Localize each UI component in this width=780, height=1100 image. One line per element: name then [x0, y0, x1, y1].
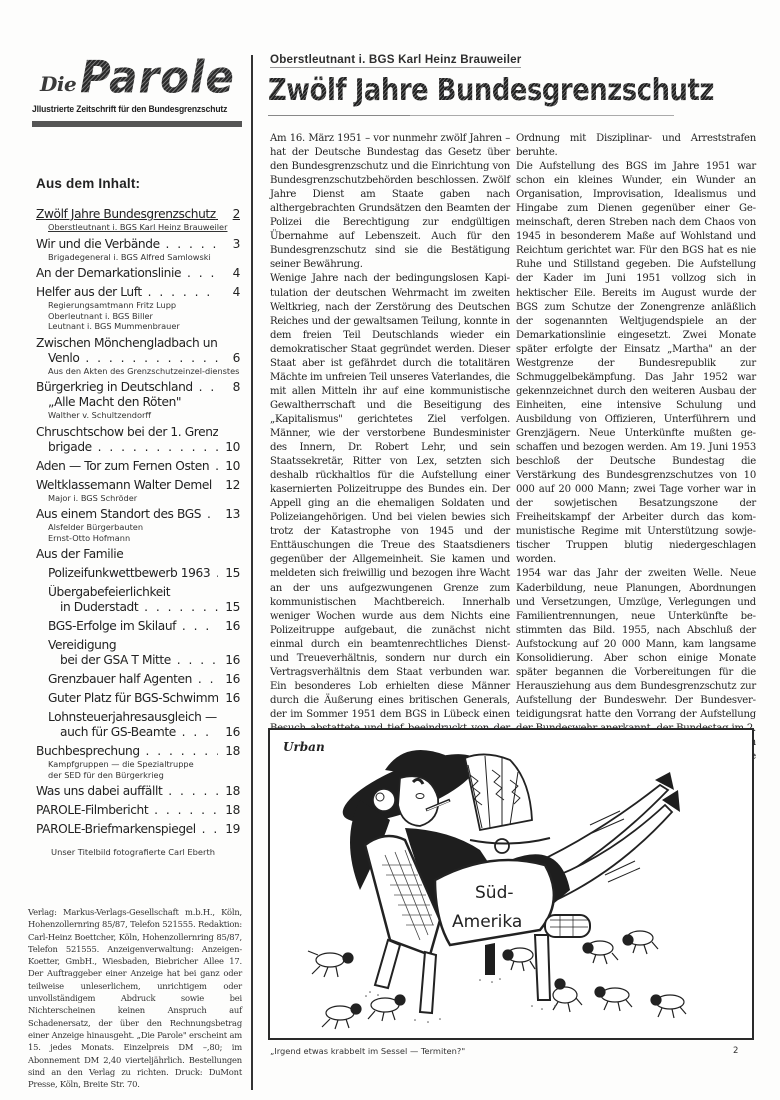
toc-entry-line: Bürgerkrieg in Deutschland8 [36, 380, 240, 395]
toc-entry-title: Aden — Tor zum Fernen Osten [36, 459, 218, 474]
toc-entry-author: Regierungsamtmann Fritz Lupp [48, 300, 240, 311]
toc-entry-author: Oberleutnant i. BGS Biller [48, 311, 240, 322]
toc-entry-line: PAROLE-Briefmarkenspiegel19 [36, 822, 240, 837]
toc-entry[interactable]: Zwischen Mönchengladbach undVenlo6Aus de… [36, 336, 240, 377]
toc-entry[interactable]: BGS-Erfolge im Skilauf16 [48, 619, 240, 634]
toc-entry-author: Kampfgruppen — die Spezialtruppe [48, 759, 240, 770]
toc-entry-line: Aden — Tor zum Fernen Osten10 [36, 459, 240, 474]
toc-entry[interactable]: Zwölf Jahre Bundesgrenzschutz2Oberstleut… [36, 207, 240, 233]
toc-entry-title: PAROLE-Briefmarkenspiegel [36, 822, 218, 837]
chair-sign-line-2: Amerika [452, 912, 522, 932]
toc-entry-page: 3 [218, 237, 240, 252]
toc-entry-line: Guter Platz für BGS-Schwimmer16 [48, 691, 240, 706]
toc-entry-author: Aus den Akten des Grenzschutzeinzel-dien… [48, 366, 240, 377]
toc-entry-title-continued: Venlo [36, 351, 218, 366]
toc-entry-title-continued: auch für GS-Beamte [48, 725, 218, 740]
cartoon-caption: „Irgend etwas krabbelt im Sessel — Termi… [270, 1046, 465, 1056]
toc-entry-title: Guter Platz für BGS-Schwimmer [48, 691, 218, 706]
toc-entry[interactable]: Aus einem Standort des BGS13Alsfelder Bü… [36, 507, 240, 543]
toc-entry-title: Vereidigung [48, 638, 218, 653]
toc-entry-author: Oberstleutnant i. BGS Karl Heinz Brauwei… [48, 222, 240, 233]
toc-entry-title-continued: „Alle Macht den Röten" [36, 395, 218, 410]
toc-entry-title: Aus einem Standort des BGS [36, 507, 218, 522]
toc-entry-line: Helfer aus der Luft4 [36, 285, 240, 300]
toc-entry[interactable]: Grenzbauer half Agenten16 [48, 672, 240, 687]
toc-entry-author: Ernst-Otto Hofmann [48, 533, 240, 544]
toc-entry[interactable]: Lohnsteuerjahresausgleich —auch für GS-B… [48, 710, 240, 740]
toc-entry-title: Lohnsteuerjahresausgleich — [48, 710, 218, 725]
page-number: 2 [733, 1046, 738, 1056]
toc-entry-title: An der Demarkationslinie [36, 266, 218, 281]
toc-entry-title: PAROLE-Filmbericht [36, 803, 218, 818]
logo-die: Die [40, 72, 76, 96]
toc-entry-page [218, 425, 240, 440]
toc-entry[interactable]: Vereidigungbei der GSA T Mitte16 [48, 638, 240, 668]
toc-entry-line: Was uns dabei auffällt18 [36, 784, 240, 799]
toc-entry-page: 16 [218, 672, 240, 687]
toc-entry-line: BGS-Erfolge im Skilauf16 [48, 619, 240, 634]
toc-entry-title: Chruschtschow bei der 1. Grenz- [36, 425, 218, 440]
article-column-1: Am 16. März 1951 – vor nunmehr zwölf Jah… [270, 132, 510, 778]
toc-entry-page [218, 585, 240, 600]
toc-entry-title: Aus der Familie [36, 547, 218, 562]
toc-entry-page [218, 336, 240, 351]
toc-entry-author: Walther v. Schultzendorff [48, 410, 240, 421]
toc-entry-author: Brigadegeneral i. BGS Alfred Samlowski [48, 252, 240, 263]
toc-entry-page [218, 638, 240, 653]
toc-entry-page: 2 [218, 207, 240, 222]
toc-entry-line: Chruschtschow bei der 1. Grenz- [36, 425, 240, 440]
toc-entry-title: Bürgerkrieg in Deutschland [36, 380, 218, 395]
toc-entry[interactable]: Weltklassemann Walter Demel12Major i. BG… [36, 478, 240, 504]
toc-entry-page: 15 [218, 600, 240, 615]
toc-entry[interactable]: Aden — Tor zum Fernen Osten10 [36, 459, 240, 474]
toc-entry-line: Vereidigung [48, 638, 240, 653]
cartoon-drawing: Süd- Amerika [270, 730, 754, 1040]
toc-entry-page: 18 [218, 803, 240, 818]
logo-divider [32, 121, 242, 127]
toc-entry-line: in Duderstadt15 [48, 600, 240, 615]
toc-entry[interactable]: Aus der Familie [36, 547, 240, 562]
toc-entry-title: Zwölf Jahre Bundesgrenzschutz [36, 207, 218, 222]
toc-entry-line: Zwölf Jahre Bundesgrenzschutz2 [36, 207, 240, 222]
toc-entry-line: Aus der Familie [36, 547, 240, 562]
toc-entry-line: Venlo6 [36, 351, 240, 366]
toc-entry-line: Aus einem Standort des BGS13 [36, 507, 240, 522]
toc-entry-title: Was uns dabei auffällt [36, 784, 218, 799]
toc-entry-page: 10 [218, 440, 240, 455]
toc-entry-page: 16 [218, 653, 240, 668]
headline-rule [410, 115, 674, 116]
toc-entry-title: Weltklassemann Walter Demel [36, 478, 218, 493]
toc-entry-page: 6 [218, 351, 240, 366]
toc-entry-page: 12 [218, 478, 240, 493]
toc-entry-page: 16 [218, 619, 240, 634]
toc-entry-line: Wir und die Verbände3 [36, 237, 240, 252]
toc-entry[interactable]: Guter Platz für BGS-Schwimmer16 [48, 691, 240, 706]
toc-heading: Aus dem Inhalt: [36, 176, 140, 191]
magazine-logo: Die Parole [30, 55, 245, 101]
article-paragraph: Am 16. März 1951 – vor nunmehr zwölf Jah… [270, 132, 510, 272]
headline-rule [268, 115, 410, 116]
toc-entry-title-continued: brigade [36, 440, 218, 455]
toc-entry-page: 10 [218, 459, 240, 474]
toc-entry-title: Buchbesprechung [36, 744, 218, 759]
toc-entry-title: Grenzbauer half Agenten [48, 672, 218, 687]
toc-entry-page: 16 [218, 691, 240, 706]
cartoon-illustration: Urban [268, 728, 754, 1040]
chair-sign-line-1: Süd- [475, 883, 514, 903]
toc-entry-line: An der Demarkationslinie4 [36, 266, 240, 281]
toc-entry-line: auch für GS-Beamte16 [48, 725, 240, 740]
toc-entry-page: 8 [218, 380, 240, 395]
article-byline: Oberstleutnant i. BGS Karl Heinz Brauwei… [270, 53, 521, 68]
toc-entry-title: Wir und die Verbände [36, 237, 218, 252]
toc-entry-page: 4 [218, 285, 240, 300]
toc-entry[interactable]: Chruschtschow bei der 1. Grenz-brigade10 [36, 425, 240, 455]
toc-entry[interactable]: An der Demarkationslinie4 [36, 266, 240, 281]
toc-entry[interactable]: Helfer aus der Luft4Regierungsamtmann Fr… [36, 285, 240, 332]
magazine-subtitle: Jllustrierte Zeitschrift für den Bundesg… [32, 104, 227, 114]
toc-entry-page: 15 [218, 566, 240, 581]
article-paragraph: Wenige Jahre nach der bedingungslosen Ka… [270, 272, 510, 778]
toc-entry[interactable]: Polizeifunkwettbewerb 196315 [48, 566, 240, 581]
toc-entry-line: „Alle Macht den Röten" [36, 395, 240, 410]
toc-entry-page [218, 547, 240, 562]
magazine-page: Die Parole Jllustrierte Zeitschrift für … [0, 0, 780, 1100]
table-of-contents: Zwölf Jahre Bundesgrenzschutz2Oberstleut… [36, 207, 240, 841]
toc-entry-author: der SED für den Bürgerkrieg [48, 770, 240, 781]
toc-entry-line: Lohnsteuerjahresausgleich — [48, 710, 240, 725]
toc-entry-page: 13 [218, 507, 240, 522]
toc-entry-title: Zwischen Mönchengladbach und [36, 336, 218, 351]
toc-entry-page: 19 [218, 822, 240, 837]
toc-entry-title-continued: in Duderstadt [48, 600, 218, 615]
logo-parole: Parole [80, 52, 235, 103]
toc-entry-line: Weltklassemann Walter Demel12 [36, 478, 240, 493]
toc-entry[interactable]: PAROLE-Filmbericht18 [36, 803, 240, 818]
toc-entry-line: Grenzbauer half Agenten16 [48, 672, 240, 687]
article-paragraph: Die Aufstellung des BGS im Jahre 1951 wa… [516, 160, 756, 567]
article-paragraph: Ordnung mit Disziplinar- und Arreststraf… [516, 132, 756, 160]
toc-entry[interactable]: Buchbesprechung18Kampfgruppen — die Spez… [36, 744, 240, 780]
column-divider [251, 55, 253, 1090]
toc-entry-line: Polizeifunkwettbewerb 196315 [48, 566, 240, 581]
article-column-2: Ordnung mit Disziplinar- und Arreststraf… [516, 132, 756, 778]
toc-entry-line: Übergabefeierlichkeit [48, 585, 240, 600]
toc-entry[interactable]: PAROLE-Briefmarkenspiegel19 [36, 822, 240, 837]
toc-entry-author: Alsfelder Bürgerbauten [48, 522, 240, 533]
toc-entry-page: 18 [218, 784, 240, 799]
article-headline: Zwölf Jahre Bundesgrenzschutz [268, 73, 714, 108]
toc-entry-page [218, 395, 240, 410]
toc-entry-title: Übergabefeierlichkeit [48, 585, 218, 600]
toc-entry[interactable]: Wir und die Verbände3Brigadegeneral i. B… [36, 237, 240, 263]
sidebar: Die Parole Jllustrierte Zeitschrift für … [0, 0, 252, 1100]
toc-entry-line: Buchbesprechung18 [36, 744, 240, 759]
toc-entry-page: 16 [218, 725, 240, 740]
toc-entry-author: Major i. BGS Schröder [48, 493, 240, 504]
toc-entry-title: BGS-Erfolge im Skilauf [48, 619, 218, 634]
toc-entry-title: Helfer aus der Luft [36, 285, 218, 300]
toc-entry[interactable]: Bürgerkrieg in Deutschland8„Alle Macht d… [36, 380, 240, 421]
toc-entry-line: Zwischen Mönchengladbach und [36, 336, 240, 351]
toc-entry-line: PAROLE-Filmbericht18 [36, 803, 240, 818]
toc-entry-page [218, 710, 240, 725]
toc-entry-page: 18 [218, 744, 240, 759]
cover-credit: Unser Titelbild fotografierte Carl Ebert… [51, 847, 215, 857]
toc-entry-line: bei der GSA T Mitte16 [48, 653, 240, 668]
toc-entry-line: brigade10 [36, 440, 240, 455]
toc-entry-author: Leutnant i. BGS Mummenbrauer [48, 321, 240, 332]
toc-entry-page: 4 [218, 266, 240, 281]
toc-entry-title: Polizeifunkwettbewerb 1963 [48, 566, 218, 581]
toc-entry-title-continued: bei der GSA T Mitte [48, 653, 218, 668]
toc-entry[interactable]: Was uns dabei auffällt18 [36, 784, 240, 799]
imprint: Verlag: Markus-Verlags-Gesellschaft m.b.… [28, 906, 242, 1090]
toc-entry[interactable]: Übergabefeierlichkeitin Duderstadt15 [48, 585, 240, 615]
